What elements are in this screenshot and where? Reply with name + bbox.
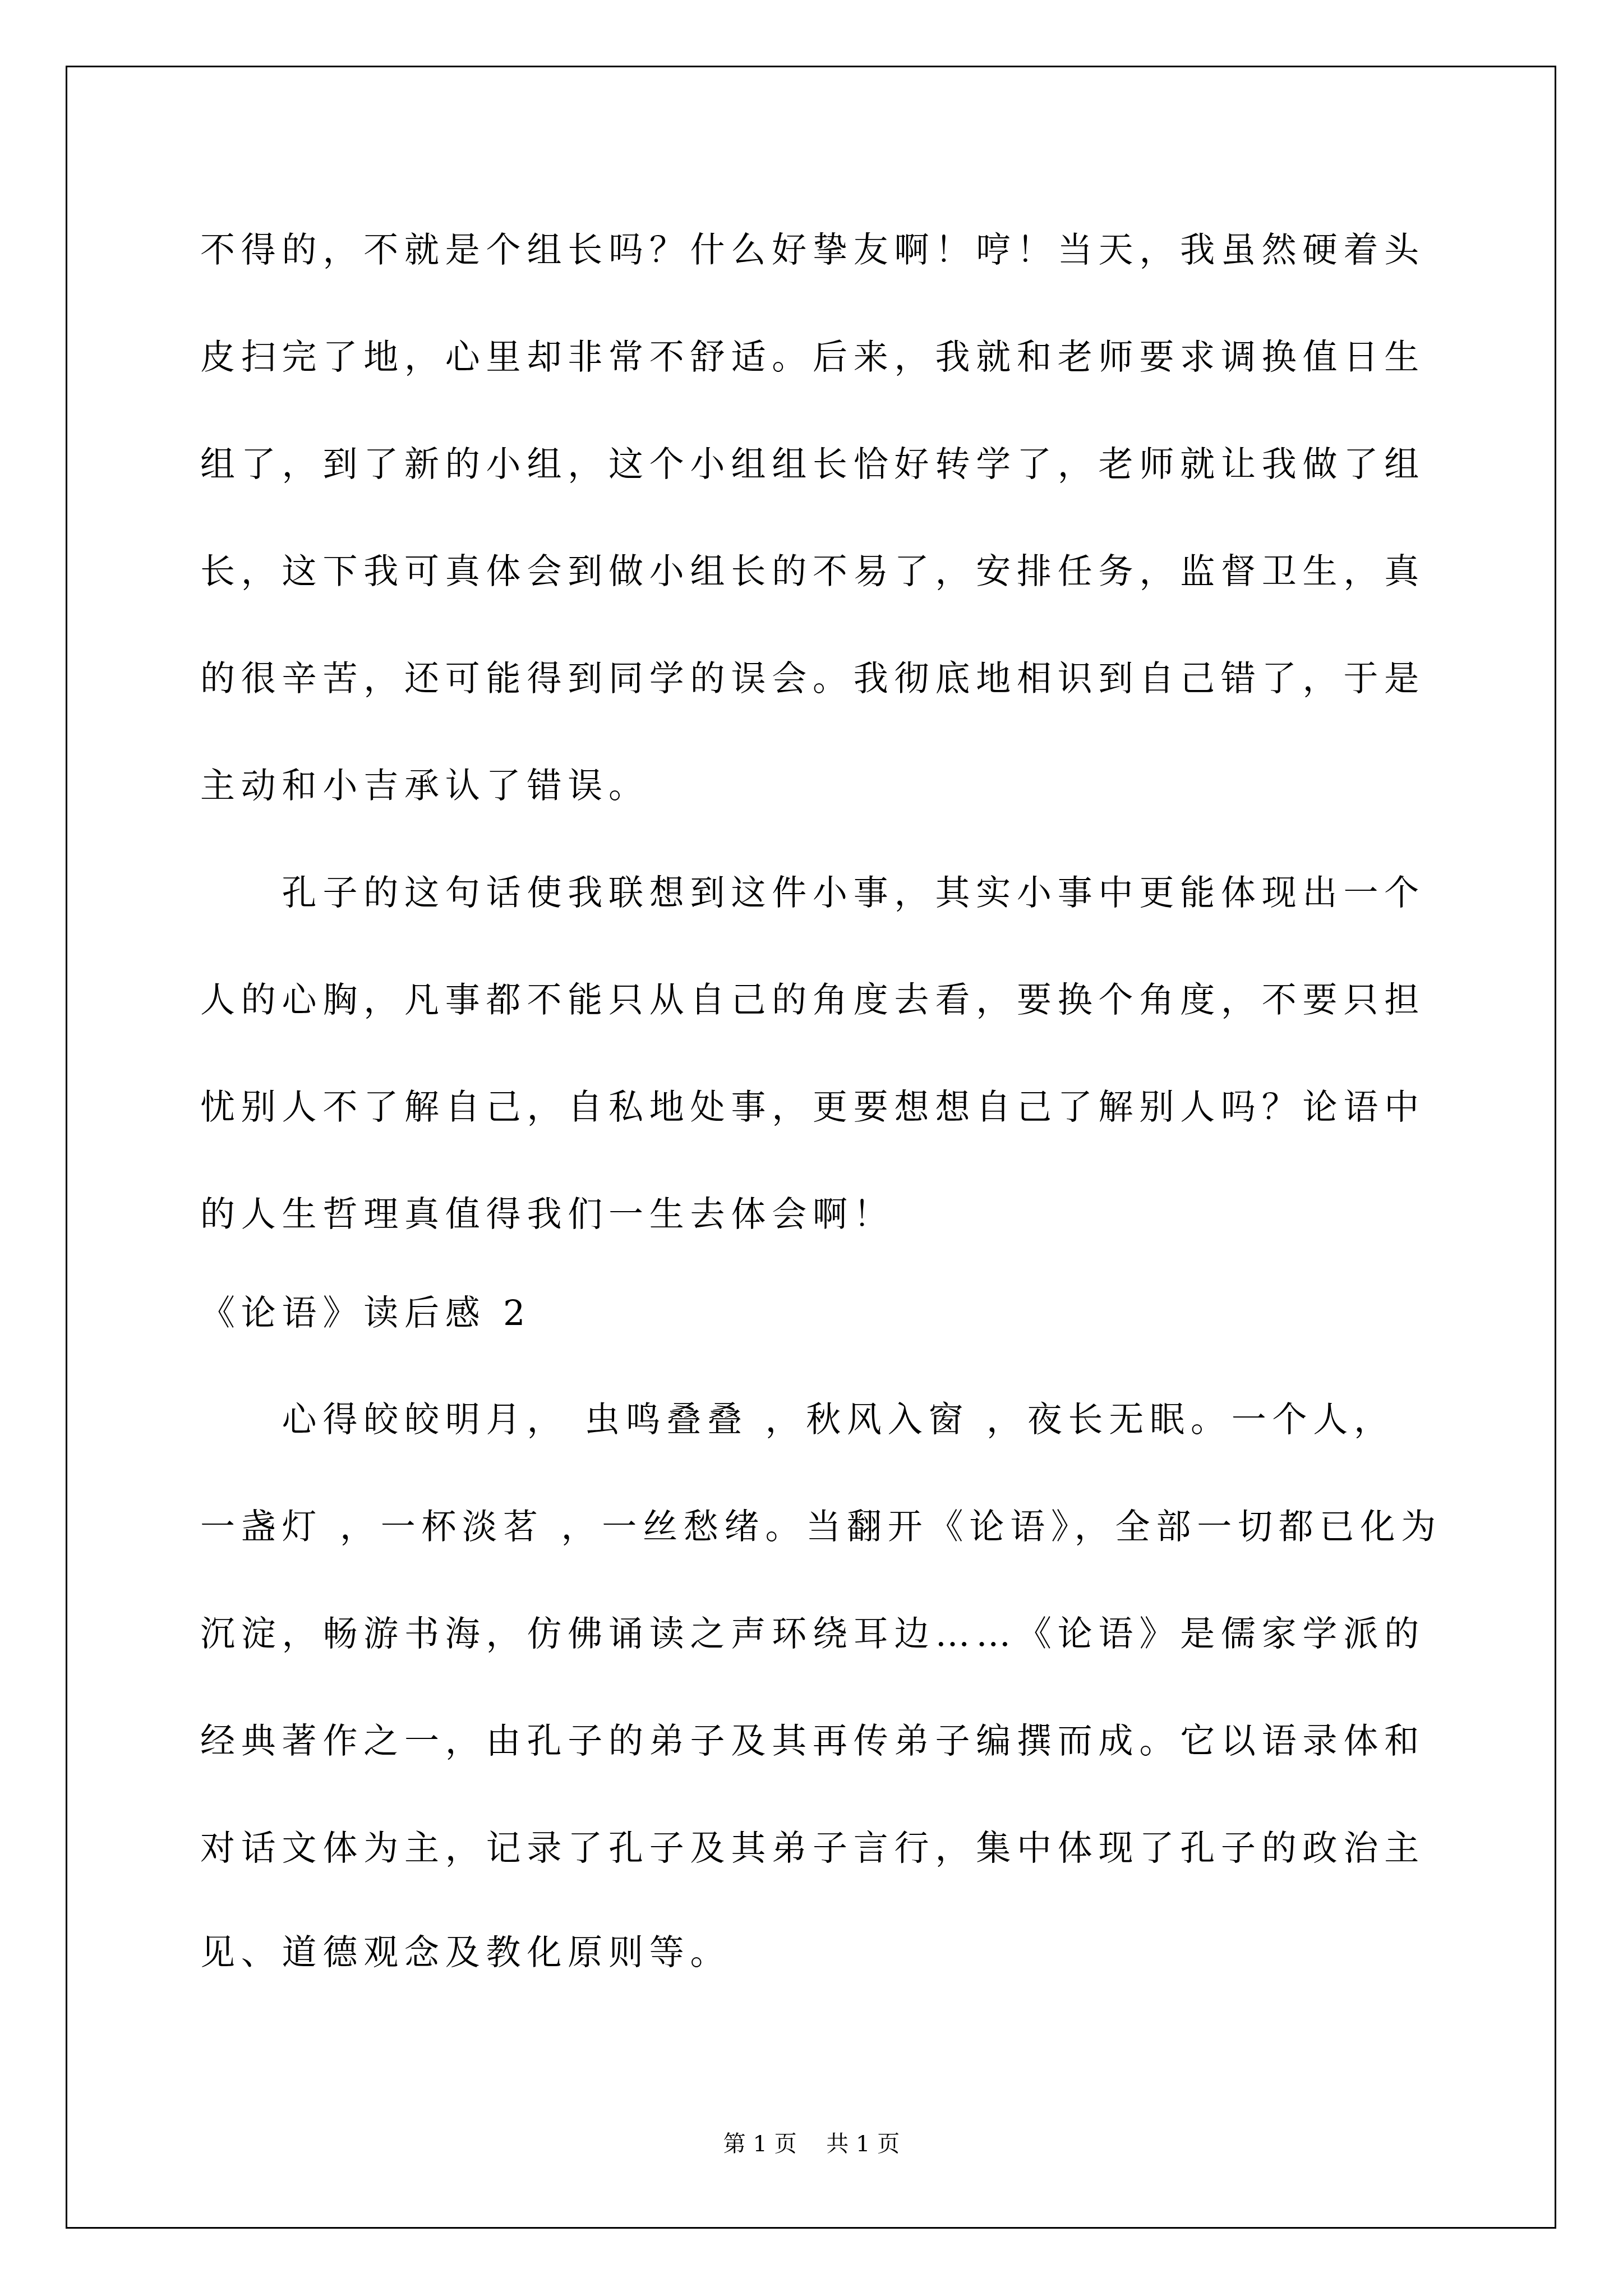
- text-line: 的很辛苦，还可能得到同学的误会。我彻底地相识到自己错了，于是: [200, 661, 1425, 696]
- text-line: 皮扫完了地，心里却非常不舒适。后来，我就和老师要求调换值日生: [200, 340, 1425, 375]
- text-line: 不得的，不就是个组长吗？什么好挚友啊！哼！当天，我虽然硬着头: [200, 233, 1425, 268]
- section-heading: 《论语》读后感 2: [200, 1296, 531, 1331]
- page-border: [66, 66, 1556, 2229]
- text-line: 对话文体为主，记录了孔子及其弟子言行，集中体现了孔子的政治主: [200, 1831, 1425, 1866]
- text-line: 长，这下我可真体会到做小组长的不易了，安排任务，监督卫生，真: [200, 554, 1425, 589]
- text-line: 孔子的这句话使我联想到这件小事，其实小事中更能体现出一个: [200, 876, 1425, 910]
- text-line: 组了，到了新的小组，这个小组组长恰好转学了，老师就让我做了组: [200, 447, 1425, 482]
- text-line: 沉淀，畅游书海，仿佛诵读之声环绕耳边……《论语》是儒家学派的: [200, 1617, 1425, 1651]
- text-line: 一盏灯 ，一杯淡茗 ，一丝愁绪。当翻开《论语》，全部一切都已化为: [200, 1510, 1442, 1544]
- text-line: 心得皎皎明月， 虫鸣叠叠 ，秋风入窗 ，夜长无眠。一个人，: [200, 1402, 1395, 1437]
- text-line: 忧别人不了解自己，自私地处事，更要想想自己了解别人吗？论语中: [200, 1090, 1425, 1125]
- text-line: 人的心胸，凡事都不能只从自己的角度去看，要换个角度，不要只担: [200, 983, 1425, 1018]
- page-number-footer: 第 1 页 共 1 页: [0, 2132, 1623, 2156]
- text-line: 经典著作之一，由孔子的弟子及其再传弟子编撰而成。它以语录体和: [200, 1724, 1425, 1759]
- text-line: 见、道德观念及教化原则等。: [200, 1935, 731, 1970]
- text-line: 的人生哲理真值得我们一生去体会啊！: [200, 1197, 895, 1232]
- text-line: 主动和小吉承认了错误。: [200, 769, 649, 803]
